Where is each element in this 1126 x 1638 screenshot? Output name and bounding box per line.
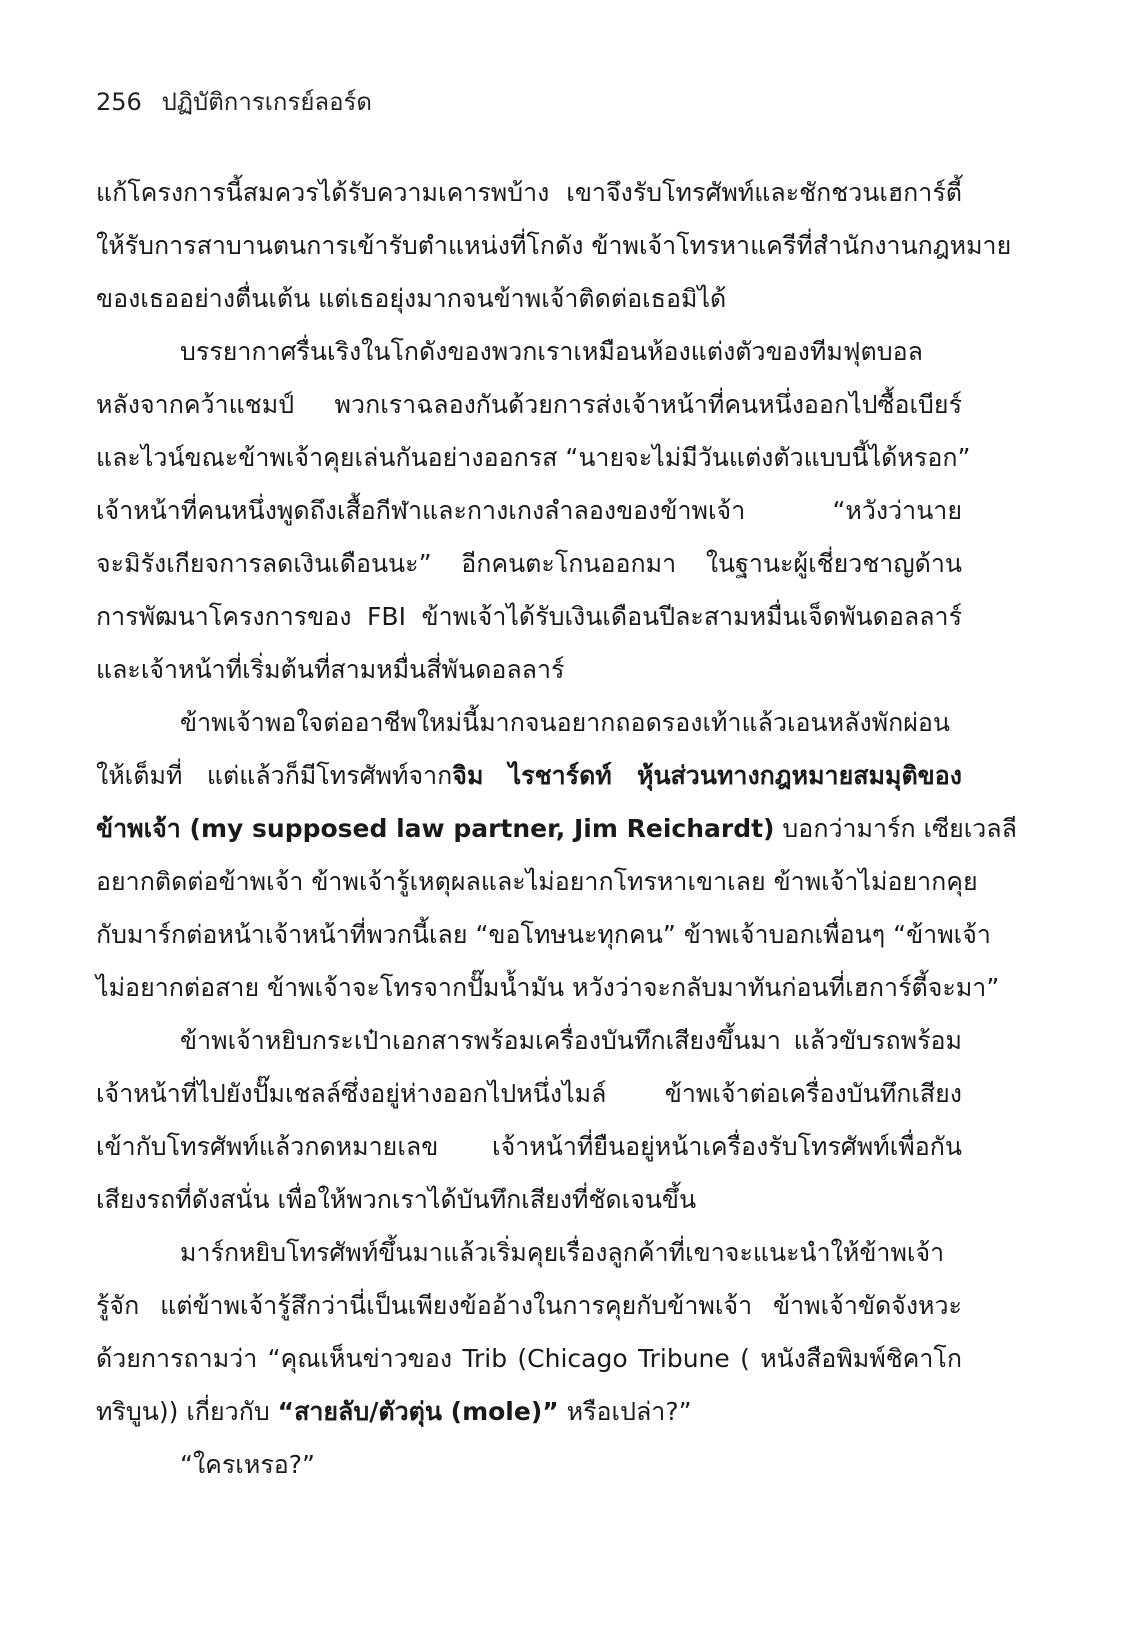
text-line: ข้าพเจ้า (my supposed law partner, Jim R… — [96, 802, 962, 855]
text-line: ให้เต็มที่ แต่แล้วก็มีโทรศัพท์จากจิม ไรช… — [96, 749, 962, 802]
text-line: ให้รับการสาบานตนการเข้ารับตำแหน่งที่โกดั… — [96, 219, 962, 272]
bold-text: ข้าพเจ้า (my supposed law partner, Jim R… — [96, 814, 774, 843]
text-line: การพัฒนาโครงการของ FBI ข้าพเจ้าได้รับเงิ… — [96, 590, 962, 643]
text-line: เจ้าหน้าที่ไปยังปั๊มเชลล์ซึ่งอยู่ห่างออก… — [96, 1067, 962, 1120]
text-line: จะมิรังเกียจการลดเงินเดือนนะ” อีกคนตะโกน… — [96, 537, 962, 590]
text-line: เจ้าหน้าที่คนหนึ่งพูดถึงเสื้อกีฬาและกางเ… — [96, 484, 962, 537]
plain-text: หรือเปล่า?” — [559, 1397, 692, 1426]
running-title: ปฏิบัติการเกรย์ลอร์ด — [162, 88, 372, 116]
text-line: รู้จัก แต่ข้าพเจ้ารู้สึกว่านี่เป็นเพียงข… — [96, 1279, 962, 1332]
text-line: อยากติดต่อข้าพเจ้า ข้าพเจ้ารู้เหตุผลและไ… — [96, 855, 962, 908]
text-line: ข้าพเจ้าพอใจต่ออาชีพใหม่นี้มากจนอยากถอดร… — [96, 696, 962, 749]
text-line: แก้โครงการนี้สมควรได้รับความเคารพบ้าง เข… — [96, 166, 962, 219]
text-line: และเจ้าหน้าที่เริ่มต้นที่สามหมื่นสี่พันด… — [96, 643, 962, 696]
plain-text: ให้เต็มที่ แต่แล้วก็มีโทรศัพท์จาก — [96, 761, 452, 790]
paragraph: “ใครเหรอ?” — [96, 1438, 962, 1491]
text-line: เข้ากับโทรศัพท์แล้วกดหมายเลข เจ้าหน้าที่… — [96, 1120, 962, 1173]
text-line: ทริบูน)) เกี่ยวกับ “สายลับ/ตัวตุ่น (mole… — [96, 1385, 962, 1438]
text-line: และไวน์ขณะข้าพเจ้าคุยเล่นกันอย่างออกรส “… — [96, 431, 962, 484]
text-line: เสียงรถที่ดังสนั่น เพื่อให้พวกเราได้บันท… — [96, 1173, 962, 1226]
body-text: แก้โครงการนี้สมควรได้รับความเคารพบ้าง เข… — [96, 166, 962, 1491]
text-line: หลังจากคว้าแชมป์ พวกเราฉลองกันด้วยการส่ง… — [96, 378, 962, 431]
paragraph: ข้าพเจ้าหยิบกระเป๋าเอกสารพร้อมเครื่องบัน… — [96, 1014, 962, 1226]
book-page: 256 ปฏิบัติการเกรย์ลอร์ด แก้โครงการนี้สม… — [0, 0, 1126, 1638]
text-line: มาร์กหยิบโทรศัพท์ขึ้นมาแล้วเริ่มคุยเรื่อ… — [96, 1226, 962, 1279]
text-line: “ใครเหรอ?” — [96, 1438, 962, 1491]
bold-text: จิม ไรชาร์ดท์ หุ้นส่วนทางกฎหมายสมมุติของ — [452, 761, 962, 790]
text-line: บรรยากาศรื่นเริงในโกดังของพวกเราเหมือนห้… — [96, 325, 962, 378]
plain-text: ทริบูน)) เกี่ยวกับ — [96, 1397, 278, 1426]
bold-text: “สายลับ/ตัวตุ่น (mole)” — [278, 1397, 559, 1426]
paragraph: ข้าพเจ้าพอใจต่ออาชีพใหม่นี้มากจนอยากถอดร… — [96, 696, 962, 1014]
paragraph: บรรยากาศรื่นเริงในโกดังของพวกเราเหมือนห้… — [96, 325, 962, 696]
text-line: ไม่อยากต่อสาย ข้าพเจ้าจะโทรจากปั๊มน้ำมัน… — [96, 961, 962, 1014]
page-number: 256 — [96, 86, 154, 118]
paragraph: มาร์กหยิบโทรศัพท์ขึ้นมาแล้วเริ่มคุยเรื่อ… — [96, 1226, 962, 1438]
text-line: กับมาร์กต่อหน้าเจ้าหน้าที่พวกนี้เลย “ขอโ… — [96, 908, 962, 961]
paragraph: แก้โครงการนี้สมควรได้รับความเคารพบ้าง เข… — [96, 166, 962, 325]
plain-text: บอกว่ามาร์ก เซียเวลลี — [774, 814, 1016, 843]
text-line: ของเธออย่างตื่นเต้น แต่เธอยุ่งมากจนข้าพเ… — [96, 272, 962, 325]
text-line: ด้วยการถามว่า “คุณเห็นข่าวของ Trib (Chic… — [96, 1332, 962, 1385]
text-line: ข้าพเจ้าหยิบกระเป๋าเอกสารพร้อมเครื่องบัน… — [96, 1014, 962, 1067]
page-header: 256 ปฏิบัติการเกรย์ลอร์ด — [96, 86, 372, 118]
